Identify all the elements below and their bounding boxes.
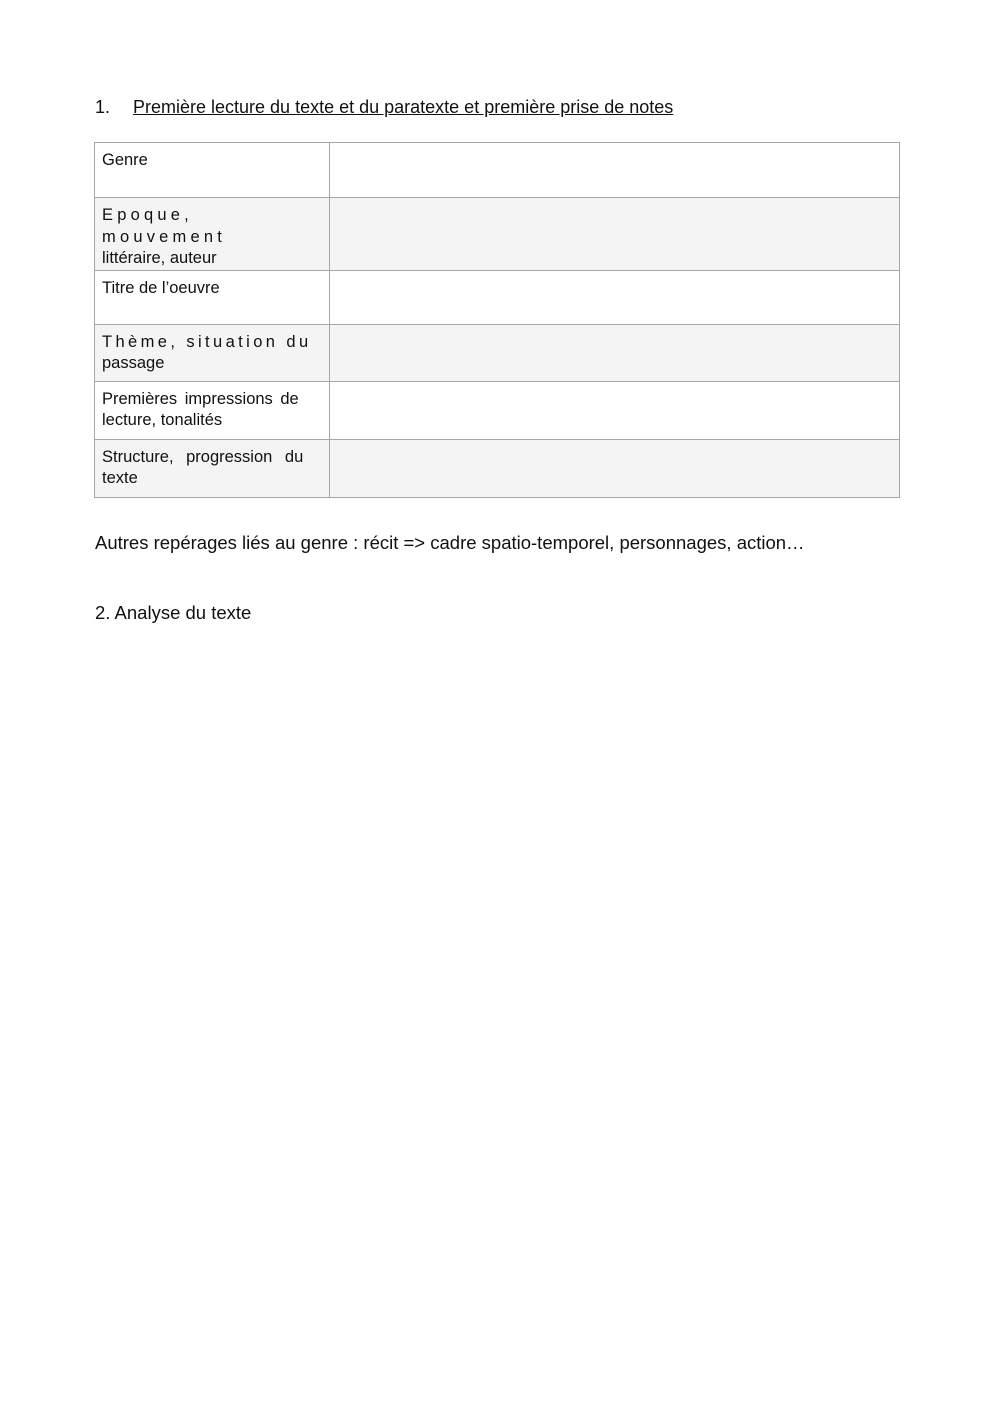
row-label-theme: Thème, situation dupassage [95, 324, 330, 381]
table-row: Thème, situation dupassage [95, 324, 900, 381]
row-label-titre: Titre de l’oeuvre [95, 270, 330, 324]
section-1-title: Première lecture du texte et du paratext… [133, 97, 673, 117]
row-value-titre[interactable] [330, 270, 900, 324]
section-1-heading: 1.Première lecture du texte et du parate… [95, 96, 673, 118]
row-label-epoque: Epoque, mouvementlittéraire, auteur [95, 198, 330, 271]
section-2-heading: 2. Analyse du texte [95, 602, 251, 624]
row-label-impressions: Premières impressions delecture, tonalit… [95, 381, 330, 439]
table-row: Epoque, mouvementlittéraire, auteur [95, 198, 900, 271]
section-1-number: 1. [95, 96, 133, 118]
table-row: Titre de l’oeuvre [95, 270, 900, 324]
table-row: Genre [95, 143, 900, 198]
row-value-impressions[interactable] [330, 381, 900, 439]
row-label-structure: Structure, progression dutexte [95, 439, 330, 497]
table-row: Premières impressions delecture, tonalit… [95, 381, 900, 439]
row-value-epoque[interactable] [330, 198, 900, 271]
other-notes-text: Autres repérages liés au genre : récit =… [95, 532, 805, 554]
table-row: Structure, progression dutexte [95, 439, 900, 497]
row-value-genre[interactable] [330, 143, 900, 198]
row-value-structure[interactable] [330, 439, 900, 497]
reading-notes-table: Genre Epoque, mouvementlittéraire, auteu… [94, 142, 900, 498]
row-value-theme[interactable] [330, 324, 900, 381]
row-label-genre: Genre [95, 143, 330, 198]
